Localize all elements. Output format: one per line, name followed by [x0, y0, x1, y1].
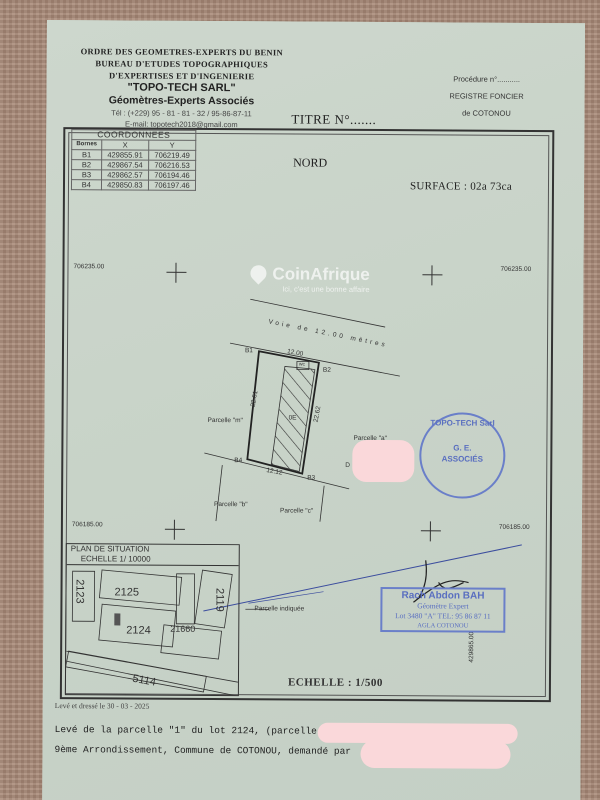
neighbor-parcel-b: Parcelle "b": [214, 501, 248, 508]
corner-label-b4: B4: [234, 457, 242, 464]
survey-document: ORDRE DES GEOMETRES-EXPERTS DU BENIN BUR…: [42, 20, 585, 800]
lot-2125: 2125: [114, 586, 139, 598]
lot-2124: 2124: [126, 624, 151, 636]
surveyor-contact: Lot 3480 "A" TEL: 95 86 87 11: [382, 611, 503, 622]
surveyor-name: Rach Abdon BAH: [382, 591, 503, 602]
stamp-center-1: G. E.: [421, 442, 503, 454]
company-stamp: TOPO-TECH Sarl G. E. ASSOCIÉS: [419, 412, 506, 499]
neighbor-parcel-m: Parcelle "m": [208, 417, 243, 424]
lot-2119: 2119: [213, 588, 225, 612]
stamp-center-2: ASSOCIÉS: [421, 453, 503, 465]
redacted-area: [352, 440, 414, 482]
building-label: 0E: [289, 414, 297, 421]
surveyor-city: AGLA COTONOU: [382, 621, 503, 632]
stamp-ring-text: TOPO-TECH Sarl: [422, 418, 504, 428]
survey-date: Levé et dressé le 30 - 03 - 2025: [55, 701, 150, 711]
neighbor-d: D: [345, 462, 350, 469]
wc-label: wc: [299, 362, 305, 368]
lot-2123: 2123: [73, 579, 85, 604]
plan-scale: ECHELLE : 1/500: [288, 676, 383, 689]
situation-map: 2125 2124 2119 21660 2123 5114: [66, 565, 239, 696]
corner-label-b2: B2: [323, 367, 331, 374]
corner-label-b1: B1: [245, 347, 253, 354]
corner-label-b3: B3: [307, 475, 315, 482]
lot-5114: 5114: [131, 673, 156, 689]
neighbor-parcel-c: Parcelle "c": [280, 507, 313, 514]
lot-21660: 21660: [170, 624, 195, 634]
redacted-area: [360, 740, 510, 769]
situation-plan: PLAN DE SITUATION ECHELLE 1/ 10000 2125 …: [65, 543, 240, 696]
pointer-label: Parcelle indiquée: [254, 605, 304, 612]
surveyor-stamp: Rach Abdon BAH Géomètre Expert Lot 3480 …: [380, 587, 505, 633]
